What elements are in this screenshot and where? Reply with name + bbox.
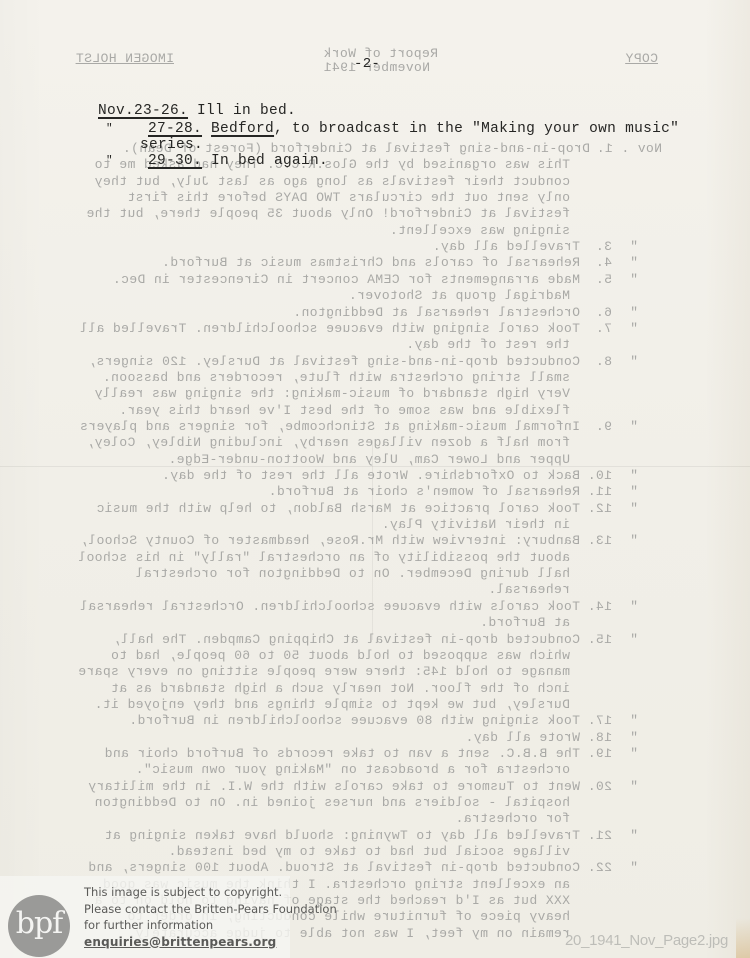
bleed-item-number: 8. bbox=[596, 354, 612, 370]
bleed-line: Back to Oxfordshire. Wrote all the rest … bbox=[162, 468, 580, 484]
bleed-item-number: 15. bbox=[587, 632, 612, 648]
bleed-line: Conducted drop-in festival at Stroud. Ab… bbox=[88, 860, 580, 876]
bleed-continuation-line: about the possibility of an orchestral "… bbox=[78, 550, 570, 566]
bleed-continuation-line: village social but had to take to my bed… bbox=[168, 844, 570, 860]
bleed-copy-mark: COPY bbox=[625, 51, 658, 67]
bleed-continuation-line: flexible and was some of the best I've h… bbox=[119, 403, 570, 419]
bleed-ditto-mark: " bbox=[630, 730, 638, 746]
bleed-continuation-line: only sent out the circulars TWO DAYS bef… bbox=[127, 190, 570, 206]
bleed-ditto-mark: " bbox=[630, 239, 638, 255]
entry-27-28: "27-28. Bedford, to broadcast in the "Ma… bbox=[98, 121, 679, 138]
bleed-ditto-mark: " bbox=[630, 419, 638, 435]
entry-place: Bedford bbox=[211, 121, 274, 137]
bleed-item-number: 13. bbox=[587, 533, 612, 549]
bleed-item-number: 7. bbox=[596, 321, 612, 337]
bleed-line: Took singing with 80 evacuee schoolchild… bbox=[129, 713, 580, 729]
bleed-ditto-mark: " bbox=[630, 354, 638, 370]
entry-29-30: "29-30. In bed again. bbox=[98, 153, 328, 170]
bleed-continuation-line: small string orchestra with flute, recor… bbox=[103, 370, 570, 386]
page-number: -2- bbox=[354, 56, 380, 73]
ditto-mark: " bbox=[98, 121, 148, 138]
bleed-item-number: 18. bbox=[587, 730, 612, 746]
bleed-line: Rehearsal of women's choir at Burford. bbox=[268, 484, 580, 500]
bleed-continuation-line: festival at Cinderford! Only about 35 pe… bbox=[86, 206, 570, 222]
bleed-ditto-mark: " bbox=[630, 484, 638, 500]
bleed-line: Travelled all day to Twyning: should hav… bbox=[104, 828, 580, 844]
bleed-line: Took carol singing with evacuee schoolch… bbox=[80, 321, 580, 337]
bleed-line: Banbury: interview with Mr.Rose, headmas… bbox=[80, 533, 580, 549]
bleed-ditto-mark: " bbox=[630, 272, 638, 288]
bleed-item-number: 11. bbox=[587, 484, 612, 500]
bleed-ditto-mark: " bbox=[630, 599, 638, 615]
bleed-line: Travelled all day. bbox=[432, 239, 580, 255]
bleed-item-number: 4. bbox=[596, 255, 612, 271]
copyright-notice: This image is subject to copyright. Plea… bbox=[84, 884, 337, 950]
bleed-continuation-line: singing was excellent. bbox=[390, 223, 570, 239]
bleed-line: Took carol practice at Marsh Baldon, to … bbox=[96, 501, 580, 517]
entry-nov-23-26: Nov.23-26. Ill in bed. bbox=[98, 103, 296, 120]
bleed-item-number: 6. bbox=[596, 305, 612, 321]
entry-text: Ill in bed. bbox=[197, 103, 296, 119]
bleed-ditto-mark: " bbox=[630, 713, 638, 729]
bleed-line: Orchestral rehearsal at Deddington. bbox=[293, 305, 580, 321]
bleed-ditto-mark: " bbox=[630, 828, 638, 844]
bleed-item-number: 3. bbox=[596, 239, 612, 255]
image-filename: 20_1941_Nov_Page2.jpg bbox=[565, 932, 728, 949]
bleed-ditto-mark: " bbox=[630, 533, 638, 549]
ditto-mark: " bbox=[98, 153, 148, 170]
bleed-item-number: 12. bbox=[587, 501, 612, 517]
bleed-ditto-mark: " bbox=[630, 501, 638, 517]
bleed-line: Made arrangements for CEMA concert in Ci… bbox=[113, 272, 580, 288]
bleed-continuation-line: hall during December. On to Deddington f… bbox=[135, 566, 570, 582]
bleed-continuation-line: for orchestra. bbox=[455, 811, 570, 827]
bleed-continuation-line: rehearsal. bbox=[488, 582, 570, 598]
bleed-line: Informal music-making at Stinchcombe, fo… bbox=[80, 419, 580, 435]
bleed-item-number: 20. bbox=[587, 779, 612, 795]
copyright-line-1: This image is subject to copyright. bbox=[84, 884, 337, 901]
bleed-item-number: 9. bbox=[596, 419, 612, 435]
bleed-continuation-line: in their Nativity Play. bbox=[381, 517, 570, 533]
bleed-author-name: IMOGEN HOLST bbox=[76, 51, 174, 67]
bleed-continuation-line: the rest of the day. bbox=[406, 337, 570, 353]
bleed-continuation-line: inch of the floor. Not nearly such a hig… bbox=[111, 681, 570, 697]
copyright-line-3: for further information bbox=[84, 917, 337, 934]
bleed-line: Wrote all day. bbox=[465, 730, 580, 746]
bleed-ditto-mark: " bbox=[630, 321, 638, 337]
bleed-continuation-line: Dursley, but we kept to simple things an… bbox=[94, 697, 570, 713]
entry-text: , to broadcast in the "Making your own m… bbox=[274, 121, 679, 137]
bleed-ditto-mark: " bbox=[630, 746, 638, 762]
bleed-item-number: 10. bbox=[587, 468, 612, 484]
bleed-line: Conducted drop-in festival at Chipping C… bbox=[113, 632, 580, 648]
bleed-continuation-line: orchestra for a broadcast on "Making you… bbox=[135, 762, 570, 778]
bpf-logo: bpf bbox=[8, 895, 70, 957]
bleed-item-number: 17. bbox=[587, 713, 612, 729]
bleed-ditto-mark: " bbox=[630, 779, 638, 795]
bleed-item-number: 5. bbox=[596, 272, 612, 288]
reverse-side-bleed-through: COPY Report of Work November 1941 IMOGEN… bbox=[0, 0, 750, 958]
bleed-continuation-line: Very high standard of music-making: the … bbox=[94, 386, 570, 402]
bleed-continuation-line: conduct their festivals as long ago as l… bbox=[94, 174, 570, 190]
bleed-item-number: 21. bbox=[587, 828, 612, 844]
bleed-continuation-line: hospital - soldiers and nurses joined in… bbox=[94, 795, 570, 811]
entry-text: In bed again. bbox=[211, 153, 328, 169]
bleed-ditto-mark: " bbox=[630, 860, 638, 876]
entry-date: 29-30. bbox=[148, 153, 202, 169]
bleed-ditto-mark: " bbox=[630, 305, 638, 321]
bleed-continuation-line: at Burford. bbox=[480, 615, 570, 631]
bleed-line: Rehearsal of carols and Christmas music … bbox=[162, 255, 580, 271]
bleed-ditto-mark: " bbox=[630, 632, 638, 648]
bleed-item-number: 14. bbox=[587, 599, 612, 615]
bleed-continuation-line: which was supposed to hold about 50 to 6… bbox=[111, 648, 570, 664]
entry-27-28-continuation: series. bbox=[140, 137, 203, 154]
entry-date: 27-28. bbox=[148, 121, 202, 137]
copyright-line-2: Please contact the Britten-Pears Foundat… bbox=[84, 901, 337, 918]
bleed-continuation-line: Madrigal group at Shotover. bbox=[349, 288, 570, 304]
bleed-item-number: 19. bbox=[587, 746, 612, 762]
contact-email-link[interactable]: enquiries@brittenpears.org bbox=[84, 934, 337, 951]
bleed-date-label: Nov . 1. bbox=[596, 141, 662, 157]
bleed-ditto-mark: " bbox=[630, 468, 638, 484]
bleed-line: Conducted drop-in-and-sing festival at D… bbox=[88, 354, 580, 370]
bleed-ditto-mark: " bbox=[630, 255, 638, 271]
bleed-line: The B.B.C. sent a van to take records of… bbox=[104, 746, 580, 762]
entry-date: Nov.23-26. bbox=[98, 103, 188, 119]
bleed-continuation-line: manage to hold 145: there were people si… bbox=[78, 664, 570, 680]
bleed-continuation-line: from half a dozen villages nearby, inclu… bbox=[86, 435, 570, 451]
bleed-line: Took carols with evacuee schoolchildren.… bbox=[80, 599, 580, 615]
bleed-continuation-line: Upper and Lower Cam, Uley and Wootton-un… bbox=[168, 452, 570, 468]
bleed-item-number: 22. bbox=[587, 860, 612, 876]
bleed-line: Went to Tusmore to take carols with the … bbox=[88, 779, 580, 795]
